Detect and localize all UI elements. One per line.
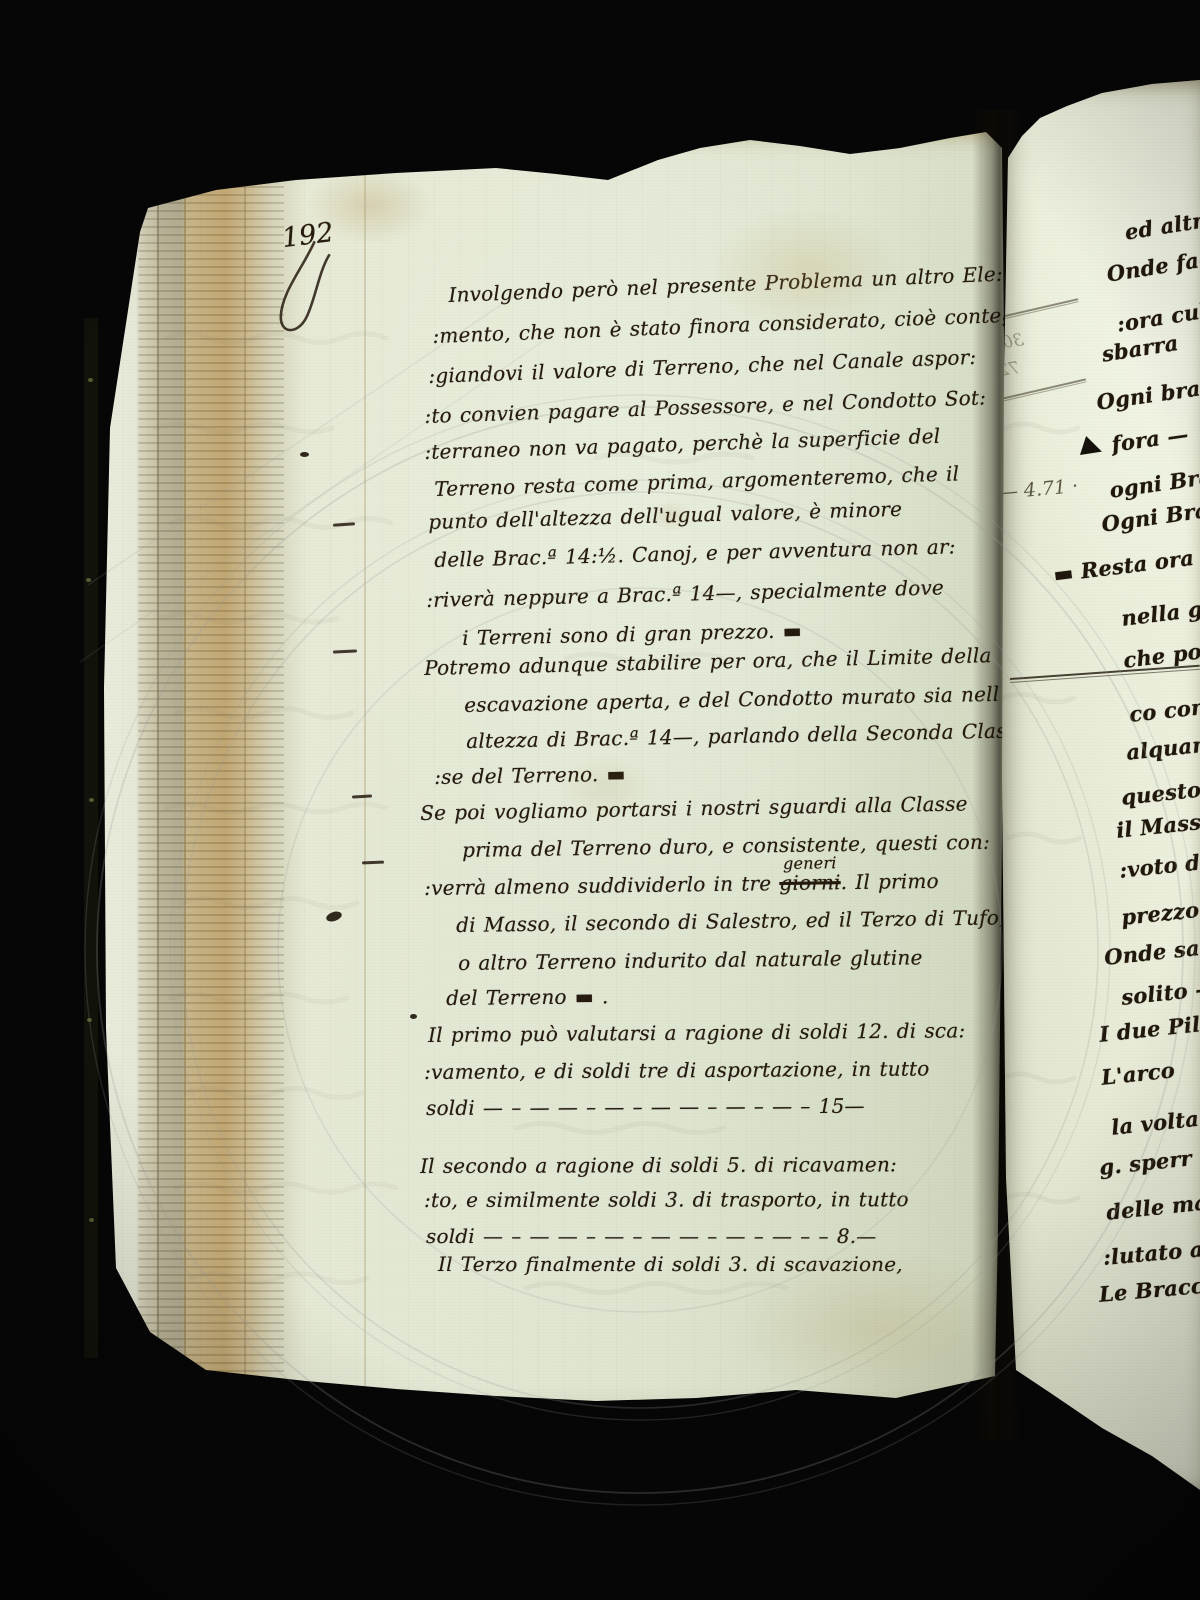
manuscript-line: :se del Terreno. ▬ (434, 762, 626, 789)
manuscript-line: :mento, che non è stato finora considera… (432, 302, 1022, 348)
manuscript-line: Il secondo a ragione di soldi 5. di rica… (420, 1152, 897, 1178)
caret-mark-icon: ▶ (1079, 430, 1107, 465)
fragment-line: Ogni brac (1095, 374, 1200, 415)
right-page: ▶ ed altre Onde facen :ora cub sbarra Og… (992, 78, 1200, 1502)
manuscript-line: i Terreni sono di gran prezzo. ▬ (462, 618, 802, 650)
manuscript-line: soldi — – — — – — – — — – — – — – 15— (426, 1094, 865, 1120)
manuscript-line: di Masso, il secondo di Salestro, ed il … (456, 905, 1006, 937)
underline-rule (1010, 665, 1200, 683)
manuscript-line: :verrà almeno suddividerlo in tre generi… (424, 869, 939, 900)
deckle-streaks (138, 128, 284, 1420)
fragment-line: co con (1128, 694, 1200, 727)
bleedthrough-rule (992, 298, 1079, 322)
ink-blot (300, 452, 309, 457)
fragment-line: solito — (1120, 975, 1200, 1010)
fragment-line: delle ma (1105, 1189, 1200, 1225)
fragment-line: fora — (1110, 421, 1190, 457)
bleedthrough-number: — 4.71 · (998, 475, 1079, 504)
left-page: 192 Involgendo però nel presente Problem… (96, 128, 1008, 1420)
manuscript-line: prima del Terreno duro, e consistente, q… (462, 830, 990, 862)
fragment-line: L'arco (1100, 1057, 1176, 1090)
manuscript-line: soldi — – — — – — – — — – — – — – – 8.— (426, 1224, 877, 1248)
manuscript-line: delle Brac.ª 14:½. Canoj, e per avventur… (434, 534, 956, 572)
fragment-line: ▬ Resta ora (1052, 545, 1195, 587)
manuscript-line: :giandovi il valore di Terreno, che nel … (428, 345, 977, 388)
margin-dash (333, 522, 355, 527)
fragment-line: ed altre (1123, 206, 1200, 245)
manuscript-line: del Terreno ▬ . (446, 984, 609, 1010)
manuscript-line: punto dell'altezza dell'ugual valore, è … (428, 497, 902, 534)
fragment-line: Ogni Bra (1100, 497, 1200, 537)
fragment-line: ogni Bra (1108, 464, 1200, 503)
margin-dash (333, 649, 357, 653)
fragment-line: alquan (1125, 731, 1200, 764)
manuscript-line: altezza di Brac.ª 14—, parlando della Se… (466, 718, 1014, 753)
fragment-line: :voto d (1118, 850, 1200, 883)
manuscript-line: Il Terzo finalmente di soldi 3. di scava… (438, 1252, 903, 1276)
fragment-line: :ora cub (1115, 297, 1200, 337)
binding-edge (84, 318, 98, 1358)
manuscript-line: o altro Terreno indurito dal naturale gl… (458, 945, 923, 975)
manuscript-line: :vamento, e di soldi tre di asportazione… (424, 1056, 930, 1084)
fragment-line: Onde facen (1105, 241, 1200, 287)
leaf-seam (157, 128, 159, 1420)
ink-blot (410, 1014, 417, 1019)
fragment-line: questo (1120, 777, 1200, 810)
manuscript-line: Se poi vogliamo portarsi i nostri sguard… (420, 791, 968, 825)
fragment-line: Le Bracc (1098, 1273, 1200, 1307)
fragment-line: prezzo (1120, 897, 1200, 930)
bleedthrough-rule (992, 378, 1086, 403)
fragment-line: nella g (1120, 596, 1200, 631)
fragment-line: sbarra (1100, 330, 1180, 367)
leaf-seam (184, 128, 186, 1420)
manuscript-line: :riverà neppure a Brac.ª 14—, specialmen… (426, 575, 944, 612)
fragment-line: I due Pila (1098, 1010, 1200, 1047)
fragment-line: Onde sara (1103, 932, 1200, 969)
manuscript-line: Il primo può valutarsi a ragione di sold… (428, 1018, 965, 1047)
manuscript-photo: 192 Involgendo però nel presente Problem… (0, 0, 1200, 1600)
manuscript-line: escavazione aperta, e del Condotto murat… (464, 682, 1000, 717)
manuscript-line: :to, e similmente soldi 3. di trasporto,… (424, 1187, 909, 1212)
fragment-line: il Mass (1115, 809, 1200, 843)
fragment-line: g. sperr (1098, 1145, 1193, 1180)
ink-blot (325, 910, 343, 924)
manuscript-line: :terraneo non va pagato, perchè la super… (424, 424, 941, 464)
folio-flourish-icon (268, 232, 346, 347)
margin-dash (362, 861, 384, 865)
margin-dash (352, 794, 372, 798)
fragment-line: la volta (1110, 1106, 1200, 1140)
manuscript-line: :to convien pagare al Possessore, e nel … (424, 385, 987, 428)
leaf-seam (244, 128, 246, 1420)
strikethrough-word: giorni (779, 870, 841, 895)
fragment-line: :lutato a (1102, 1236, 1200, 1270)
manuscript-line: Involgendo però nel presente Problema un… (448, 262, 1003, 307)
superscript-word: generi (783, 853, 837, 873)
correction-annotation: generigiorni (779, 870, 841, 895)
leaf-seam (364, 128, 366, 1420)
manuscript-line: Terreno resta come prima, argomenteremo,… (434, 461, 960, 501)
